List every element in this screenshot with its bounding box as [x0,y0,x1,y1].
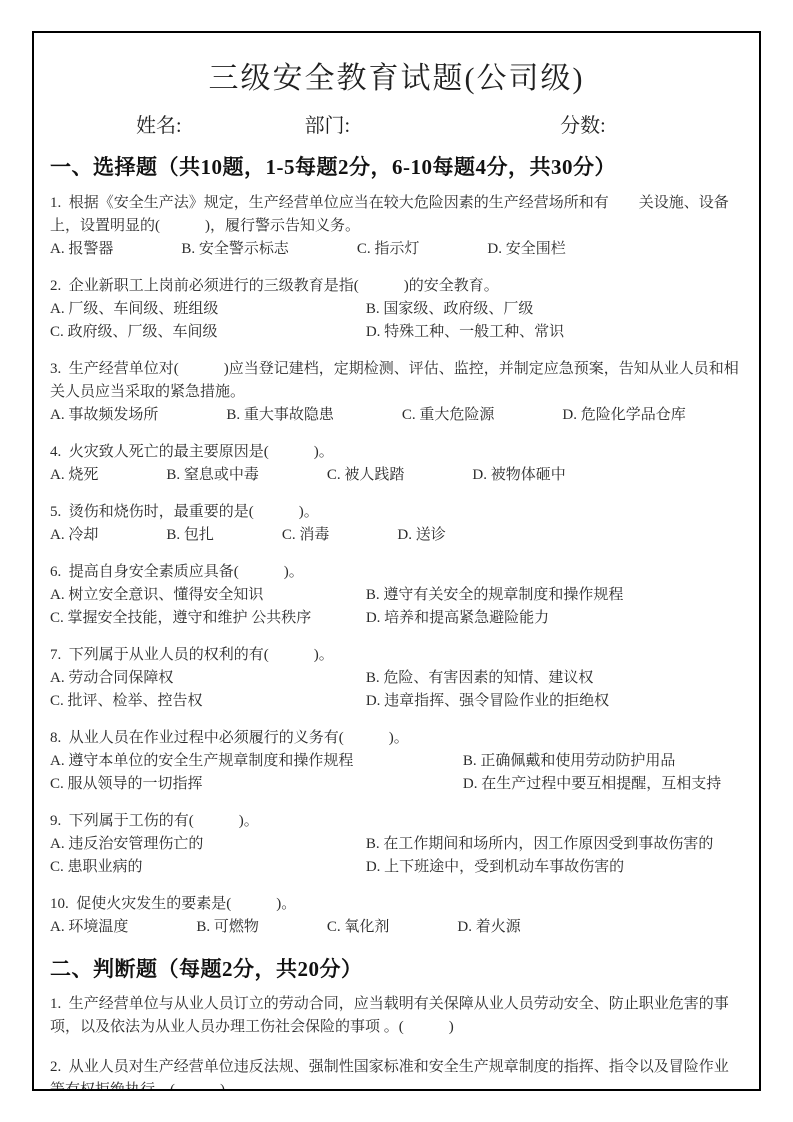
question-stem: 9. 下列属于工伤的有( )。 [50,810,743,833]
question-stem: 10. 促使火灾发生的要素是( )。 [50,893,743,916]
question-stem: 6. 提高自身安全素质应具备( )。 [50,561,743,584]
department-field-label: 部门: [305,115,351,137]
option-b: B. 遵守有关安全的规章制度和操作规程 [366,584,747,607]
options: A. 烧死 B. 窒息或中毒 C. 被人践踏 D. 被物体砸中 [50,464,743,487]
options: A. 事故频发场所 B. 重大事故隐患 C. 重大危险源 D. 危险化学品仓库 [50,404,743,427]
option-b: B. 窒息或中毒 [166,464,259,487]
choice-question-4: 4. 火灾致人死亡的最主要原因是( )。 A. 烧死 B. 窒息或中毒 C. 被… [50,441,743,487]
option-a: A. 烧死 [50,464,98,487]
options: A. 树立安全意识、懂得安全知识 B. 遵守有关安全的规章制度和操作规程 C. … [50,584,743,630]
option-a: A. 冷却 [50,524,98,547]
choice-question-9: 9. 下列属于工伤的有( )。 A. 违反治安管理伤亡的 B. 在工作期间和场所… [50,810,743,879]
option-a: A. 树立安全意识、懂得安全知识 [50,584,362,607]
options: A. 环境温度 B. 可燃物 C. 氧化剂 D. 着火源 [50,916,743,939]
option-b: B. 危险、有害因素的知情、建议权 [366,667,747,690]
option-a: A. 违反治安管理伤亡的 [50,833,362,856]
option-c: C. 服从领导的一切指挥 [50,773,459,796]
option-c: C. 被人践踏 [327,464,405,487]
option-c: C. 患职业病的 [50,856,362,879]
question-stem: 1. 根据《安全生产法》规定，生产经营单位应当在较大危险因素的生产经营场所和有 … [50,192,743,238]
option-d: D. 培养和提高紧急避险能力 [366,607,747,630]
option-c: C. 批评、检举、控告权 [50,690,362,713]
question-stem: 2. 企业新职工上岗前必须进行的三级教育是指( )的安全教育。 [50,275,743,298]
option-b: B. 安全警示标志 [181,238,289,261]
question-stem: 2. 从业人员对生产经营单位违反法规、强制性国家标准和安全生产规章制度的指挥、指… [50,1056,743,1091]
option-d: D. 违章指挥、强令冒险作业的拒绝权 [366,690,747,713]
option-a: A. 劳动合同保障权 [50,667,362,690]
options: A. 厂级、车间级、班组级 B. 国家级、政府级、厂级 C. 政府级、厂级、车间… [50,298,743,344]
choice-question-8: 8. 从业人员在作业过程中必须履行的义务有( )。 A. 遵守本单位的安全生产规… [50,727,743,796]
options: A. 遵守本单位的安全生产规章制度和操作规程 B. 正确佩戴和使用劳动防护用品 … [50,750,743,796]
option-a: A. 报警器 [50,238,113,261]
judgment-question-2: 2. 从业人员对生产经营单位违反法规、强制性国家标准和安全生产规章制度的指挥、指… [50,1056,743,1091]
option-c: C. 消毒 [282,524,330,547]
option-b: B. 包扎 [166,524,214,547]
option-b: B. 正确佩戴和使用劳动防护用品 [463,750,747,773]
option-b: B. 可燃物 [196,916,259,939]
choice-question-5: 5. 烫伤和烧伤时，最重要的是( )。 A. 冷却 B. 包扎 C. 消毒 D.… [50,501,743,547]
judgment-section: 1. 生产经营单位与从业人员订立的劳动合同，应当载明有关保障从业人员劳动安全、防… [50,993,743,1091]
choice-question-10: 10. 促使火灾发生的要素是( )。 A. 环境温度 B. 可燃物 C. 氧化剂… [50,893,743,939]
option-a: A. 事故频发场所 [50,404,158,427]
question-stem: 5. 烫伤和烧伤时，最重要的是( )。 [50,501,743,524]
judgment-question-1: 1. 生产经营单位与从业人员订立的劳动合同，应当载明有关保障从业人员劳动安全、防… [50,993,743,1039]
option-c: C. 政府级、厂级、车间级 [50,321,362,344]
options: A. 冷却 B. 包扎 C. 消毒 D. 送诊 [50,524,743,547]
section1-heading: 一、选择题（共10题，1-5每题2分，6-10每题4分，共30分） [50,151,743,181]
name-field-label: 姓名: [136,115,182,137]
question-stem: 3. 生产经营单位对( )应当登记建档，定期检测、评估、监控，并制定应急预案，告… [50,358,743,404]
question-stem: 1. 生产经营单位与从业人员订立的劳动合同，应当载明有关保障从业人员劳动安全、防… [50,993,743,1039]
question-stem: 7. 下列属于从业人员的权利的有( )。 [50,644,743,667]
question-stem: 4. 火灾致人死亡的最主要原因是( )。 [50,441,743,464]
option-c: C. 掌握安全技能，遵守和维护 公共秩序 [50,607,362,630]
option-a: A. 厂级、车间级、班组级 [50,298,362,321]
page-title: 三级安全教育试题(公司级) [50,53,743,97]
option-d: D. 特殊工种、一般工种、常识 [366,321,747,344]
option-d: D. 安全围栏 [487,238,565,261]
option-b: B. 在工作期间和场所内，因工作原因受到事故伤害的 [366,833,747,856]
choice-question-6: 6. 提高自身安全素质应具备( )。 A. 树立安全意识、懂得安全知识 B. 遵… [50,561,743,630]
option-d: D. 送诊 [397,524,445,547]
score-field-label: 分数: [560,115,606,137]
option-d: D. 在生产过程中要互相提醒，互相支持 [463,773,747,796]
choice-question-7: 7. 下列属于从业人员的权利的有( )。 A. 劳动合同保障权 B. 危险、有害… [50,644,743,713]
option-d: D. 上下班途中，受到机动车事故伤害的 [366,856,747,879]
option-b: B. 重大事故隐患 [226,404,334,427]
options: A. 报警器 B. 安全警示标志 C. 指示灯 D. 安全围栏 [50,238,743,261]
option-a: A. 环境温度 [50,916,128,939]
options: A. 劳动合同保障权 B. 危险、有害因素的知情、建议权 C. 批评、检举、控告… [50,667,743,713]
options: A. 违反治安管理伤亡的 B. 在工作期间和场所内，因工作原因受到事故伤害的 C… [50,833,743,879]
option-c: C. 氧化剂 [327,916,390,939]
option-d: D. 着火源 [457,916,520,939]
option-d: D. 被物体砸中 [472,464,565,487]
option-a: A. 遵守本单位的安全生产规章制度和操作规程 [50,750,459,773]
option-b: B. 国家级、政府级、厂级 [366,298,747,321]
section2-heading: 二、判断题（每题2分，共20分） [50,953,743,983]
choice-question-1: 1. 根据《安全生产法》规定，生产经营单位应当在较大危险因素的生产经营场所和有 … [50,192,743,261]
choice-question-3: 3. 生产经营单位对( )应当登记建档，定期检测、评估、监控，并制定应急预案，告… [50,358,743,427]
option-c: C. 重大危险源 [402,404,495,427]
exam-paper: 三级安全教育试题(公司级) 姓名: 部门: 分数: 一、选择题（共10题，1-5… [32,31,761,1091]
option-d: D. 危险化学品仓库 [562,404,685,427]
header-fields: 姓名: 部门: 分数: [50,109,743,138]
choice-question-2: 2. 企业新职工上岗前必须进行的三级教育是指( )的安全教育。 A. 厂级、车间… [50,275,743,344]
question-stem: 8. 从业人员在作业过程中必须履行的义务有( )。 [50,727,743,750]
option-c: C. 指示灯 [357,238,420,261]
